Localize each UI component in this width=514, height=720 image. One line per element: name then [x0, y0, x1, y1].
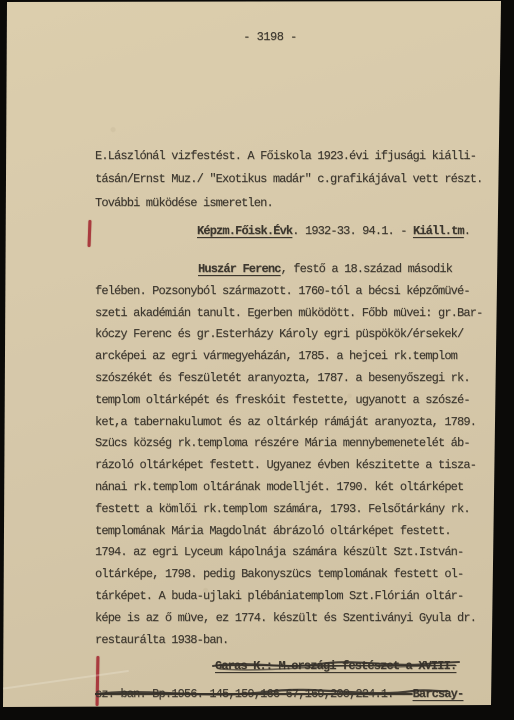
struck-citation-line: Garas K.: M.országi festészet a XVIII.: [95, 653, 463, 681]
body-line: képe is az ő müve, ez 1774. készült és S…: [95, 608, 482, 630]
next-entry-prefix: Barcsay-: [413, 687, 464, 701]
body-line: festett a kömlői rk.templom számára, 179…: [95, 499, 482, 521]
struck-citation: Garas K.: M.országi festészet a XVIII. s…: [95, 653, 463, 708]
body-line: templom oltárképét és freskóit festette,…: [95, 390, 482, 412]
entry-huszar-ferenc: Huszár Ferenc, festő a 18.század második…: [95, 259, 482, 651]
scan-viewport: - 3198 - E.Lászlónál vizfestést. A Főisk…: [0, 0, 514, 720]
paragraph-previous-entry: E.Lászlónál vizfestést. A Főiskola 1923.…: [95, 145, 482, 215]
citation-source: Képzm.Főisk.Évk: [197, 224, 292, 238]
citation-pages: . 1932-33. 94.1. -: [292, 224, 413, 238]
page-number: - 3198 -: [20, 30, 514, 44]
body-line: Szücs község rk.temploma részére Mária m…: [95, 433, 482, 455]
body-line: szeti akadémián tanult. Egerben müködött…: [95, 303, 482, 325]
body-line: restaurálta 1938-ban.: [95, 630, 482, 652]
body-line: tásán/Ernst Muz./ "Exotikus madár" c.gra…: [95, 168, 482, 191]
body-line: felében. Pozsonyból származott. 1760-tól…: [95, 281, 482, 303]
citation-line: Képzm.Főisk.Évk. 1932-33. 94.1. - Kiáll.…: [197, 220, 470, 243]
struck-source: Garas K.: M.országi festészet a XVIII.: [215, 659, 456, 673]
body-line: 1794. az egri Lyceum kápolnája számára k…: [95, 542, 482, 564]
body-line: oltárképe, 1798. pedig Bakonyszücs templ…: [95, 564, 482, 586]
entry-heading-line: Huszár Ferenc, festő a 18.század második: [95, 259, 482, 281]
entry-heading-rest: , festő a 18.század második: [281, 262, 452, 276]
body-line: templomának Mária Magdolnát ábrázoló olt…: [95, 521, 482, 543]
entry-heading: Huszár Ferenc: [198, 262, 281, 276]
body-line: További müködése ismeretlen.: [95, 192, 482, 215]
body-line: kóczy Ferenc és gr.Esterházy Károly egri…: [95, 324, 482, 346]
body-line: rázoló oltárképet festett. Ugyanez évben…: [95, 455, 482, 477]
citation-ref: Kiáll.tm: [413, 224, 464, 238]
struck-citation-line: sz.-ban. Bp.1956. 145,159,166-67,169,200…: [95, 681, 463, 709]
body-line: tárképet. A buda-ujlaki plébániatemplom …: [95, 586, 482, 608]
struck-pages: sz.-ban. Bp.1956. 145,159,166-67,169,200…: [95, 687, 413, 701]
body-line: ket,a tabernakulumot és az oltárkép rámá…: [95, 412, 482, 434]
scanned-typewritten-page: - 3198 - E.Lászlónál vizfestést. A Főisk…: [0, 0, 514, 720]
citation-period: .: [464, 224, 470, 238]
body-line: szószékét és feszületét aranyozta, 1787.…: [95, 368, 482, 390]
body-line: arcképei az egri vármegyeházán, 1785. a …: [95, 346, 482, 368]
body-line: nánai rk.templom oltárának modelljét. 17…: [95, 477, 482, 499]
body-line: E.Lászlónál vizfestést. A Főiskola 1923.…: [95, 145, 482, 168]
red-margin-mark: [88, 220, 92, 247]
